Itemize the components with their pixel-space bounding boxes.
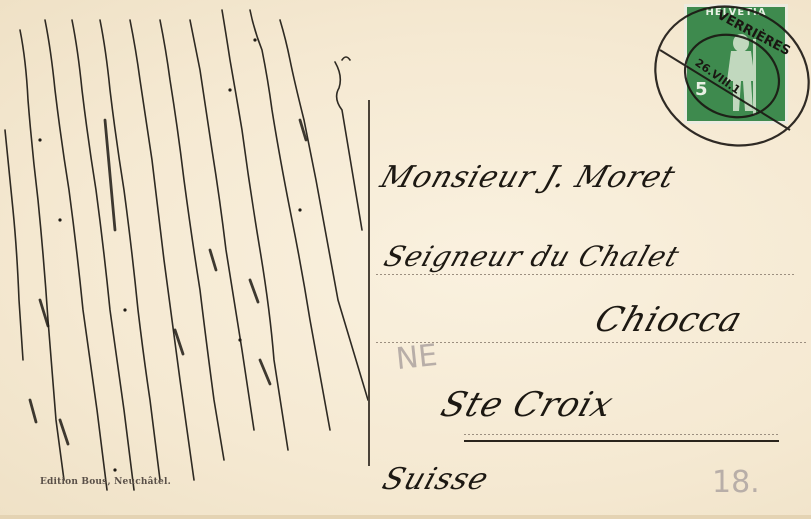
svg-text:26.VIII.1: 26.VIII.1 [693, 56, 743, 97]
postcard-back: Edition Bous, Neuchâtel. HELVETIA 5 VERR… [0, 0, 811, 519]
handwritten-message: Edition Bous, Neuchâtel. [0, 0, 368, 519]
address-line-3: Chiocca [590, 300, 748, 340]
address-rule-3 [464, 434, 779, 435]
svg-text:VERRIÈRES: VERRIÈRES [714, 7, 793, 59]
address-rule-2 [376, 342, 806, 343]
postmark-cancel-icon: VERRIÈRES 26.VIII.1 [640, 0, 811, 160]
address-rule-1 [376, 274, 796, 275]
address-line-1: Monsieur J. Moret [376, 160, 680, 195]
address-line-2: Seigneur du Chalet [380, 240, 684, 273]
pencil-region-note: NE [394, 338, 439, 377]
message-handwriting [0, 0, 368, 519]
card-divider-line [368, 100, 370, 466]
pencil-price-note: 18. [712, 465, 760, 500]
address-line-5: Suisse [378, 462, 493, 497]
address-underline [464, 440, 779, 442]
publisher-imprint: Edition Bous, Neuchâtel. [40, 477, 171, 487]
address-line-4: Ste Croix [436, 385, 619, 425]
